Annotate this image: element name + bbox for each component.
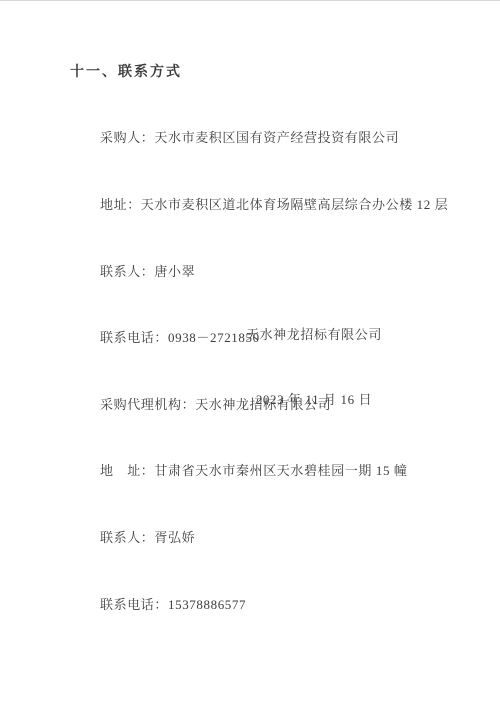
- document-page: 十一、联系方式 采购人：天水市麦积区国有资产经营投资有限公司 地址：天水市麦积区…: [0, 0, 500, 706]
- agency-address-line: 地 址：甘肃省天水市秦州区天水碧桂园一期 15 幢: [100, 460, 448, 482]
- section-title: 十一、联系方式: [70, 61, 182, 81]
- agency-phone-line: 联系电话：15378886577: [100, 594, 448, 616]
- purchaser-contact-person-line: 联系人：唐小翠: [100, 261, 448, 283]
- signature-company: 天水神龙招标有限公司: [200, 324, 428, 346]
- agency-contact-person-line: 联系人：胥弘娇: [100, 527, 448, 549]
- purchaser-name-line: 采购人：天水市麦积区国有资产经营投资有限公司: [100, 127, 448, 149]
- signature-block: 天水神龙招标有限公司 2023 年 11 月 16 日: [200, 281, 428, 453]
- signature-date: 2023 年 11 月 16 日: [200, 389, 428, 411]
- page-top-border: [0, 0, 500, 1]
- purchaser-address-line: 地址：天水市麦积区道北体育场隔壁高层综合办公楼 12 层: [100, 194, 448, 216]
